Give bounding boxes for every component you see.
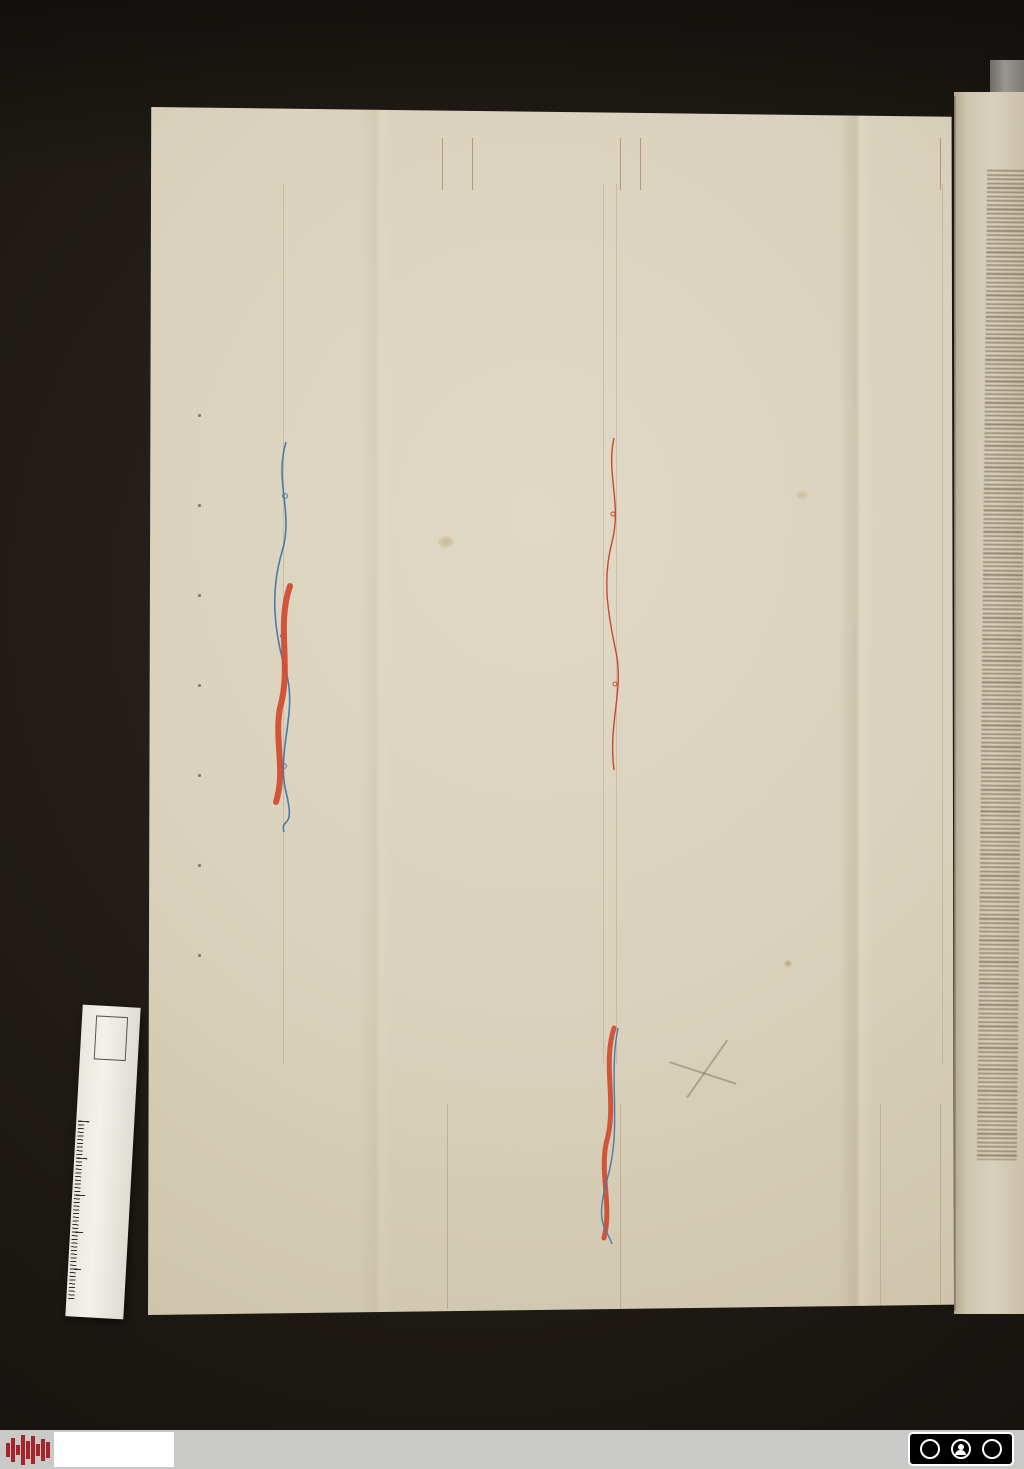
cc-by-icon [951,1439,971,1460]
facing-page-text-edge [977,170,1024,1160]
cc-sa-icon [982,1439,1002,1460]
parchment-crease [838,104,872,1318]
footer-bar [0,1430,1024,1469]
ruling-tick [620,138,621,190]
ratsbuecherei-bars-logo [6,1434,50,1465]
gray-scale-patches [94,1015,128,1061]
pen-flourish-bottom-initial [596,1026,622,1246]
library-city [58,1434,170,1447]
facing-page-fore-edge [954,92,1024,1314]
copyright-url-text [240,1430,800,1469]
parchment-stain [784,960,792,967]
manuscript-page [148,104,954,1318]
photo-background [0,0,1024,1430]
ruling-tick [447,1104,448,1309]
ruler-major-ticks [68,1121,89,1301]
prick-mark [198,774,201,777]
prick-mark [198,954,201,957]
cc-license-badge [908,1432,1014,1466]
ruler-label [92,1063,96,1127]
pen-flourish-left-margin [266,436,296,836]
parchment-crease [358,104,392,1318]
ruling-tick [640,138,641,190]
pen-flourish-gutter-red [604,434,624,774]
gray-scale-ruler [65,1005,140,1320]
prick-mark [198,594,201,597]
ruling-tick [940,1104,941,1309]
ruling-tick [472,138,473,190]
ruling-line [942,184,943,1064]
ruling-tick [940,138,941,190]
ruling-tick [442,138,443,190]
ruling-tick [880,1104,881,1309]
cc-icon [920,1439,940,1459]
prick-mark [198,864,201,867]
person-icon [958,1444,964,1450]
parchment-stain [796,490,808,500]
prick-mark [198,414,201,417]
gray-patch-dark [95,1044,126,1060]
prick-mark [198,504,201,507]
parchment-stain [438,536,454,548]
library-logo-box [54,1432,174,1467]
digitized-manuscript-viewer [0,0,1024,1469]
prick-mark [198,684,201,687]
